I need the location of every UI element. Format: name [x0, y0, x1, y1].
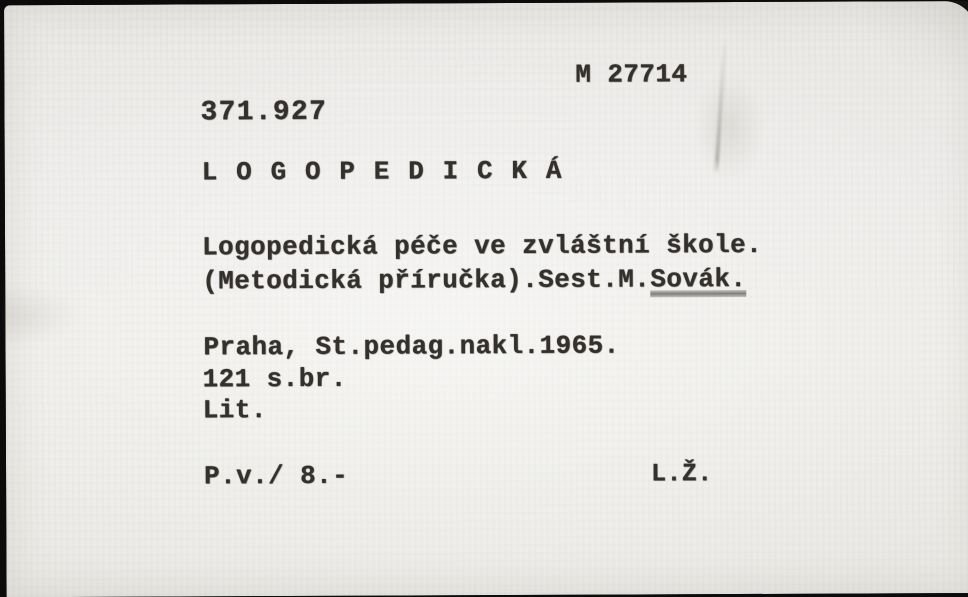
note-line: Lit. [203, 395, 267, 425]
title-line-1: Logopedická péče ve zvláštní škole. [202, 230, 762, 262]
paper-stain-left [5, 285, 75, 345]
title-line-2: (Metodická příručka).Sest.M.Sovák. [202, 264, 746, 296]
price-notation: P.v./ 8.- [204, 461, 348, 492]
cataloger-initials: L.Ž. [651, 459, 713, 489]
imprint-line: Praha, St.pedag.nakl.1965. [203, 331, 619, 363]
paper-stain [694, 72, 764, 182]
main-entry-heading: L O G O P E D I C K Á [202, 156, 563, 188]
accession-number: M 27714 [575, 59, 687, 89]
title-line-2-text: (Metodická příručka).Sest.M. [202, 264, 650, 296]
paper-corner-shade [856, 1, 968, 92]
call-number: 371.927 [200, 97, 327, 130]
collation-line: 121 s.br. [203, 364, 347, 395]
author-name-underlined: Sovák. [650, 264, 746, 297]
catalog-card: M 27714 371.927 L O G O P E D I C K Á Lo… [4, 1, 968, 584]
